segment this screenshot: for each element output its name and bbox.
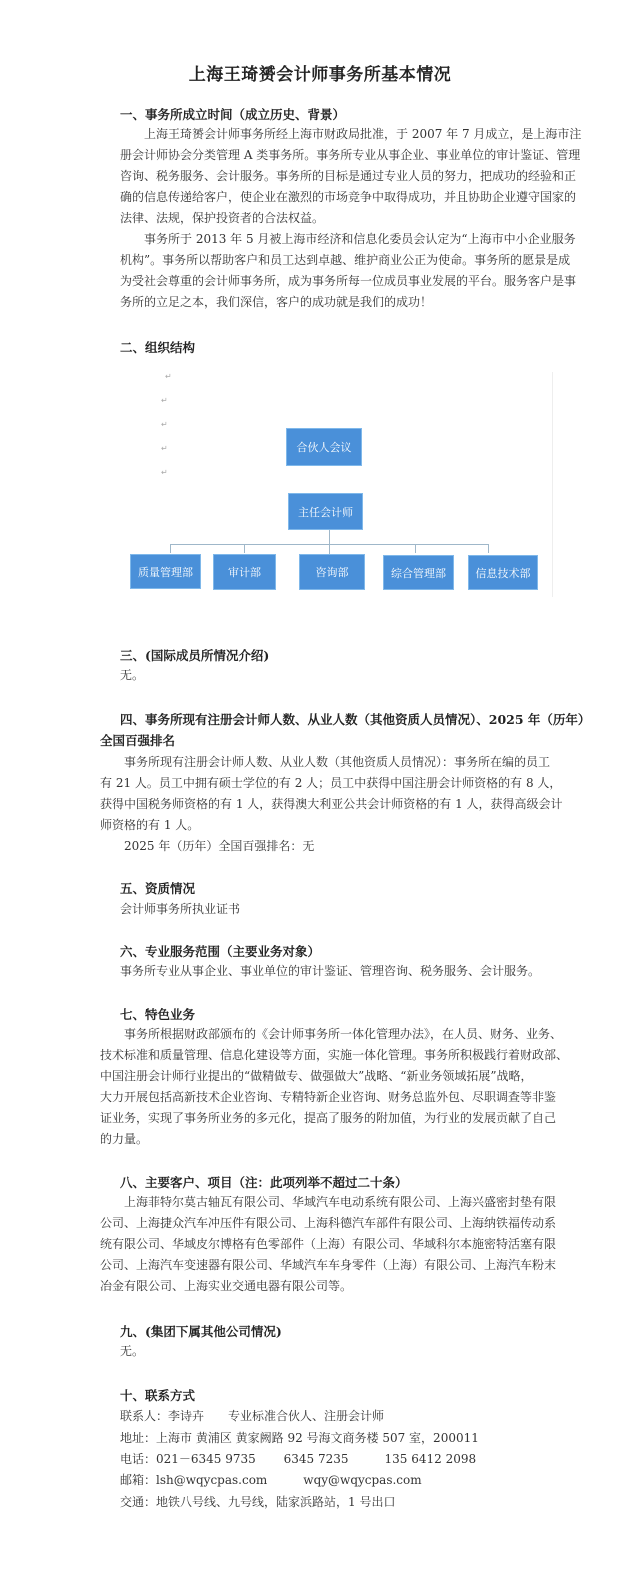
section-5-heading: 五、资质情况 <box>120 879 195 897</box>
section-4-heading-line1: 四、事务所现有注册会计师人数、从业人数（其他资质人员情况）、2025 年（历年） <box>120 710 590 728</box>
section-5-body: 会计师事务所执业证书 <box>120 899 240 920</box>
paragraph-mark: ↵ <box>161 420 168 429</box>
org-node-it: 信息技术部 <box>468 555 538 590</box>
section-4-heading-line2: 全国百强排名 <box>100 731 175 749</box>
paragraph-mark: ↵ <box>161 444 168 453</box>
org-node-chief-accountant: 主任会计师 <box>288 493 363 530</box>
section-6-heading: 六、专业服务范围（主要业务对象） <box>120 942 320 960</box>
org-connector <box>329 530 330 554</box>
section-4-line: 有 21 人。员工中拥有硕士学位的有 2 人；员工中获得中国注册会计师资格的有 … <box>100 773 561 794</box>
section-8-heading: 八、主要客户、项目（注：此项列举不超过二十条） <box>120 1173 408 1191</box>
contact-transit: 交通：地铁八号线、九号线，陆家浜路站，1 号出口 <box>120 1492 395 1513</box>
org-connector <box>170 544 171 553</box>
org-node-quality-management: 质量管理部 <box>130 554 201 589</box>
paragraph-mark: ↵ <box>165 372 172 381</box>
org-node-consulting: 咨询部 <box>299 554 365 590</box>
section-7-line: 事务所根据财政部颁布的《会计师事务所一体化管理办法》，在人员、财务、业务、 <box>100 1024 562 1045</box>
section-7-line: 技术标准和质量管理、信息化建设等方面，实施一体化管理。事务所积极践行着财政部、 <box>100 1045 568 1066</box>
section-3-heading: 三、(国际成员所情况介绍) <box>120 646 269 664</box>
section-2-heading: 二、组织结构 <box>120 338 195 356</box>
section-1-p2-line: 事务所于 2013 年 5 月被上海市经济和信息化委员会认定为“上海市中小企业服… <box>120 229 576 250</box>
section-1-p2-line: 机构”。事务所以帮助客户和员工达到卓越、维护商业公正为使命。事务所的愿景是成 <box>120 250 570 271</box>
contact-phone: 电话：021－6345 9735 6345 7235 135 6412 2098 <box>120 1449 476 1470</box>
section-1-p2-line: 务所的立足之本，我们深信，客户的成功就是我们的成功！ <box>120 292 432 313</box>
section-8-line: 统有限公司、华域皮尔博格有色零部件（上海）有限公司、华域科尔本施密特活塞有限 <box>100 1234 556 1255</box>
section-7-heading: 七、特色业务 <box>120 1005 195 1023</box>
section-4-line: 事务所现有注册会计师人数、从业人数（其他资质人员情况）：事务所在编的员工 <box>100 752 550 773</box>
section-4-line: 师资格的有 1 人。 <box>100 815 199 836</box>
section-9-heading: 九、(集团下属其他公司情况) <box>120 1322 282 1340</box>
section-8-line: 公司、上海汽车变速器有限公司、华域汽车车身零件（上海）有限公司、上海汽车粉末 <box>100 1255 556 1276</box>
section-7-line: 大力开展包括高新技术企业咨询、专精特新企业咨询、财务总监外包、尽职调查等非鉴 <box>100 1087 556 1108</box>
section-9-body: 无。 <box>120 1341 144 1362</box>
section-1-p1-line: 咨询、税务服务、会计服务。事务所的目标是通过专业人员的努力，把成功的经验和正 <box>120 166 576 187</box>
paragraph-mark: ↵ <box>161 468 168 477</box>
section-6-body: 事务所专业从事企业、事业单位的审计鉴证、管理咨询、税务服务、会计服务。 <box>120 961 540 982</box>
section-1-heading: 一、事务所成立时间（成立历史、背景） <box>120 105 345 123</box>
org-connector <box>415 544 416 553</box>
section-8-line: 冶金有限公司、上海实业交通电器有限公司等。 <box>100 1276 352 1297</box>
org-node-audit: 审计部 <box>213 554 276 590</box>
section-7-line: 证业务，实现了事务所业务的多元化，提高了服务的附加值，为行业的发展贡献了自己 <box>100 1108 556 1129</box>
section-1-p1-line: 册会计师协会分类管理 A 类事务所。事务所专业从事企业、事业单位的审计鉴证、管理 <box>120 145 580 166</box>
section-1-p1-line: 上海王琦赟会计师事务所经上海市财政局批准，于 2007 年 7 月成立，是上海市… <box>120 124 581 145</box>
section-3-body: 无。 <box>120 665 144 686</box>
section-1-p1-line: 确的信息传递给客户，使企业在激烈的市场竞争中取得成功，并且协助企业遵守国家的 <box>120 187 576 208</box>
section-4-line: 2025 年（历年）全国百强排名：无 <box>100 836 314 857</box>
contact-email[interactable]: 邮箱：lsh@wqycpas.com wqy@wqycpas.com <box>120 1470 422 1491</box>
org-node-general-management: 综合管理部 <box>383 555 454 590</box>
section-10-heading: 十、联系方式 <box>120 1386 195 1404</box>
org-connector <box>488 544 489 553</box>
contact-address: 地址：上海市 黄浦区 黄家阙路 92 号海文商务楼 507 室，200011 <box>120 1428 479 1449</box>
section-8-line: 公司、上海捷众汽车冲压件有限公司、上海科德汽车部件有限公司、上海纳铁福传动系 <box>100 1213 556 1234</box>
page-title: 上海王琦赟会计师事务所基本情况 <box>0 60 640 85</box>
section-1-p2-line: 为受社会尊重的会计师事务所，成为事务所每一位成员事业发展的平台。服务客户是事 <box>120 271 576 292</box>
org-connector <box>170 544 488 545</box>
section-7-line: 中国注册会计师行业提出的“做精做专、做强做大”战略、“新业务领域拓展”战略， <box>100 1066 533 1087</box>
org-node-partners-meeting: 合伙人会议 <box>286 428 362 466</box>
frame-edge-line <box>552 372 553 597</box>
paragraph-mark: ↵ <box>161 396 168 405</box>
contact-person: 联系人：李诗卉 专业标准合伙人、注册会计师 <box>120 1406 384 1427</box>
section-8-line: 上海菲特尔莫古轴瓦有限公司、华域汽车电动系统有限公司、上海兴盛密封垫有限 <box>100 1192 556 1213</box>
section-7-line: 的力量。 <box>100 1129 148 1150</box>
section-1-p1-line: 法律、法规，保护投资者的合法权益。 <box>120 208 324 229</box>
section-4-line: 获得中国税务师资格的有 1 人，获得澳大利亚公共会计师资格的有 1 人，获得高级… <box>100 794 563 815</box>
org-connector <box>244 544 245 553</box>
